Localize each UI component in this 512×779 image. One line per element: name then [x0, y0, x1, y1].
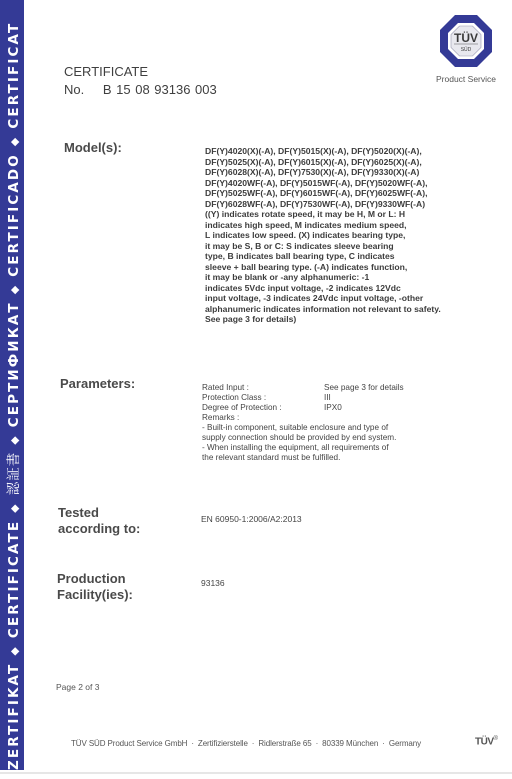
- certificate-number: No. B 15 08 93136 003: [64, 82, 217, 97]
- model-description-line: indicates high speed, M indicates medium…: [205, 220, 480, 231]
- parameters-table: Rated Input :See page 3 for detailsProte…: [202, 383, 432, 463]
- parameters-heading: Parameters:: [60, 376, 135, 392]
- certificate-title: CERTIFICATE: [64, 64, 148, 79]
- production-heading-line2: Facility(ies):: [57, 587, 133, 603]
- remark-line: the relevant standard must be fulfilled.: [202, 453, 432, 463]
- model-line: DF(Y)4020WF(-A), DF(Y)5015WF(-A), DF(Y)5…: [205, 178, 480, 189]
- registered-mark: ®: [494, 736, 498, 742]
- parameter-row: Protection Class :III: [202, 393, 432, 403]
- footer-part: Zertifizierstelle: [198, 739, 248, 748]
- parameter-value: III: [324, 393, 331, 403]
- product-service-caption: Product Service: [434, 74, 498, 84]
- model-description-line: L indicates low speed. (X) indicates bea…: [205, 230, 480, 241]
- models-list: DF(Y)4020(X)(-A), DF(Y)5015(X)(-A), DF(Y…: [205, 146, 480, 325]
- model-description-line: See page 3 for details): [205, 314, 480, 325]
- model-description-line: alphanumeric indicates information not r…: [205, 304, 480, 315]
- model-description-line: indicates 5Vdc input voltage, -2 indicat…: [205, 283, 480, 294]
- diamond-separator-icon: ◆: [8, 284, 21, 295]
- side-band-word: 認証書: [6, 452, 22, 496]
- model-description-line: it may be S, B or C: S indicates sleeve …: [205, 241, 480, 252]
- model-description-line: type, B indicates ball bearing type, C i…: [205, 251, 480, 262]
- parameter-row: Degree of Protection :IPX0: [202, 403, 432, 413]
- model-description-line: ((Y) indicates rotate speed, it may be H…: [205, 209, 480, 220]
- model-line: DF(Y)5025WF(-A), DF(Y)6015WF(-A), DF(Y)6…: [205, 188, 480, 199]
- bottom-rule: [0, 772, 512, 774]
- certificate-number-label: No.: [64, 82, 84, 97]
- footer-part: Ridlerstraße 65: [258, 739, 311, 748]
- tested-heading-line1: Tested: [58, 505, 140, 521]
- production-facility-value: 93136: [201, 578, 225, 588]
- footer-separator: ·: [382, 739, 385, 748]
- parameter-key: Rated Input :: [202, 383, 324, 393]
- tuv-sud-logo: TÜV SÜD Product Service: [434, 14, 498, 84]
- footer-part: Germany: [389, 739, 421, 748]
- side-band-word: СЕРТИФИКАТ: [6, 301, 22, 427]
- side-band-word: ZERTIFIKAT: [6, 663, 22, 770]
- parameter-row: Rated Input :See page 3 for details: [202, 383, 432, 393]
- diamond-separator-icon: ◆: [8, 502, 21, 513]
- model-line: DF(Y)4020(X)(-A), DF(Y)5015(X)(-A), DF(Y…: [205, 146, 480, 157]
- remark-line: supply connection should be provided by …: [202, 433, 432, 443]
- svg-text:TÜV: TÜV: [454, 30, 478, 45]
- footer-part: 80339 München: [322, 739, 378, 748]
- footer-address: TÜV SÜD Product Service GmbH·Zertifizier…: [71, 739, 421, 748]
- diamond-separator-icon: ◆: [8, 434, 21, 445]
- tested-heading-line2: according to:: [58, 521, 140, 537]
- model-description-line: sleeve + ball bearing type. (-A) indicat…: [205, 262, 480, 273]
- model-line: DF(Y)5025(X)(-A), DF(Y)6015(X)(-A), DF(Y…: [205, 157, 480, 168]
- footer-separator: ·: [191, 739, 194, 748]
- footer-separator: ·: [316, 739, 319, 748]
- production-heading: Production Facility(ies):: [57, 571, 133, 603]
- svg-text:SÜD: SÜD: [461, 46, 472, 53]
- certificate-side-band: ZERTIFIKAT◆CERTIFICATE◆認証書◆СЕРТИФИКАТ◆CE…: [0, 0, 24, 770]
- model-description-line: input voltage, -3 indicates 24Vdc input …: [205, 293, 480, 304]
- remark-line: - When installing the equipment, all req…: [202, 443, 432, 453]
- footer-tuv-text: TÜV: [475, 736, 494, 747]
- diamond-separator-icon: ◆: [8, 136, 21, 147]
- footer-part: TÜV SÜD Product Service GmbH: [71, 739, 187, 748]
- models-description: ((Y) indicates rotate speed, it may be H…: [205, 209, 480, 325]
- parameter-value: IPX0: [324, 403, 342, 413]
- tested-standard: EN 60950-1:2006/A2:2013: [201, 514, 302, 524]
- footer-separator: ·: [252, 739, 255, 748]
- models-heading: Model(s):: [64, 140, 122, 156]
- remark-line: - Built-in component, suitable enclosure…: [202, 423, 432, 433]
- tuv-octagon-icon: TÜV SÜD: [439, 14, 493, 68]
- certificate-number-value: B 15 08 93136 003: [103, 82, 217, 97]
- parameter-key: Degree of Protection :: [202, 403, 324, 413]
- parameter-value: See page 3 for details: [324, 383, 404, 393]
- page-number: Page 2 of 3: [56, 682, 99, 692]
- side-band-text: ZERTIFIKAT◆CERTIFICATE◆認証書◆СЕРТИФИКАТ◆CE…: [2, 22, 22, 770]
- side-band-word: CERTIFICAT: [6, 22, 22, 129]
- model-line: DF(Y)6028(X)(-A), DF(Y)7530(X)(-A), DF(Y…: [205, 167, 480, 178]
- side-band-word: CERTIFICATE: [6, 520, 22, 638]
- parameters-remarks: - Built-in component, suitable enclosure…: [202, 423, 432, 463]
- footer-tuv-mark: TÜV®: [475, 736, 497, 747]
- side-band-word: CERTIFICADO: [6, 153, 22, 277]
- diamond-separator-icon: ◆: [8, 645, 21, 656]
- parameter-row: Remarks :: [202, 413, 432, 423]
- model-line: DF(Y)6028WF(-A), DF(Y)7530WF(-A), DF(Y)9…: [205, 199, 480, 210]
- production-heading-line1: Production: [57, 571, 133, 587]
- parameter-key: Protection Class :: [202, 393, 324, 403]
- tested-heading: Tested according to:: [58, 505, 140, 537]
- parameter-key: Remarks :: [202, 413, 324, 423]
- model-description-line: it may be blank or -any alphanumeric: -1: [205, 272, 480, 283]
